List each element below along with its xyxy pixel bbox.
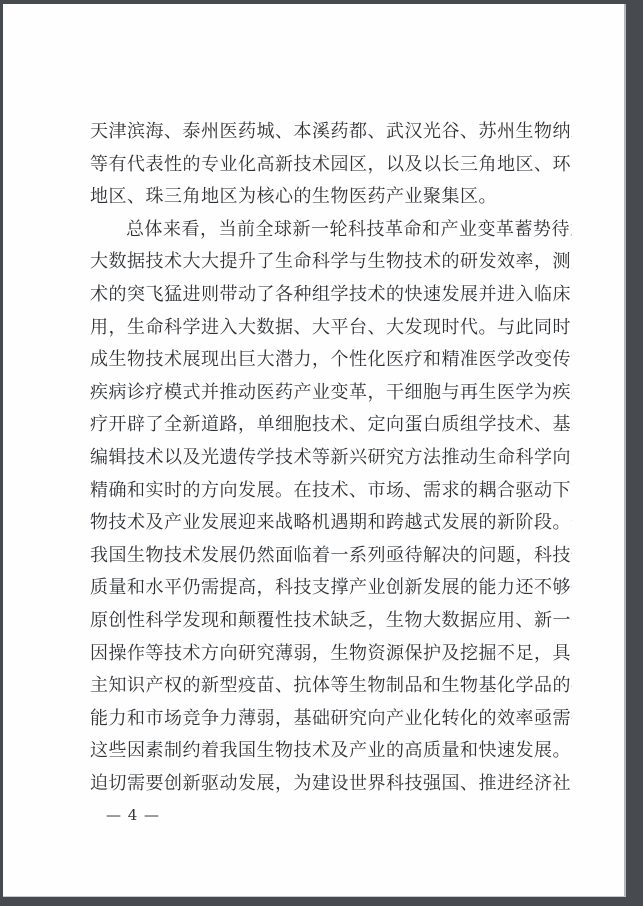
text-line: 用，生命科学进入大数据、大平台、大发现时代。与此同时，合	[90, 312, 572, 345]
text-line: 等有代表性的专业化高新技术园区，以及以长三角地区、环渤海	[90, 149, 572, 182]
text-line: 大数据技术大大提升了生命科学与生物技术的研发效率，测序技	[90, 246, 572, 279]
text-line: 物技术及产业发展迎来战略机遇期和跨越式发展的新阶段。然而	[90, 507, 572, 540]
text-line: 主知识产权的新型疫苗、抗体等生物制品和生物基化学品的研发	[90, 670, 572, 703]
text-line: 术的突飞猛进则带动了各种组学技术的快速发展并进入临床应	[90, 279, 572, 312]
text-line: 疗开辟了全新道路，单细胞技术、定向蛋白质组学技术、基因组	[90, 409, 572, 442]
text-line: 质量和水平仍需提高，科技支撑产业创新发展的能力还不够强，	[90, 572, 572, 605]
document-page: 天津滨海、泰州医药城、本溪药都、武汉光谷、苏州生物纳米园 等有代表性的专业化高新…	[3, 4, 626, 897]
text-line: 疾病诊疗模式并推动医药产业变革，干细胞与再生医学为疾病治	[90, 377, 572, 410]
text-line: 迫切需要创新驱动发展，为建设世界科技强国、推进经济社会可	[90, 768, 572, 801]
text-line: 因操作等技术方向研究薄弱，生物资源保护及挖掘不足，具有自	[90, 638, 572, 671]
text-line: 成生物技术展现出巨大潜力，个性化医疗和精准医学改变传统的	[90, 344, 572, 377]
text-line: 我国生物技术发展仍然面临着一系列亟待解决的问题，科技创新	[90, 540, 572, 573]
text-line: 能力和市场竞争力薄弱，基础研究向产业化转化的效率亟需提高，	[90, 703, 572, 736]
text-line: 这些因素制约着我国生物技术及产业的高质量和快速发展。因此，	[90, 735, 572, 768]
page-number: — 4 —	[93, 804, 173, 826]
text-line: 原创性科学发现和颠覆性技术缺乏，生物大数据应用、新一代基	[90, 605, 572, 638]
text-line: 总体来看，当前全球新一轮科技革命和产业变革蓄势待发，	[90, 214, 572, 247]
body-text: 天津滨海、泰州医药城、本溪药都、武汉光谷、苏州生物纳米园 等有代表性的专业化高新…	[90, 116, 572, 800]
text-line: 精确和实时的方向发展。在技术、市场、需求的耦合驱动下，生	[90, 475, 572, 508]
text-line: 编辑技术以及光遗传学技术等新兴研究方法推动生命科学向更加	[90, 442, 572, 475]
text-line: 地区、珠三角地区为核心的生物医药产业聚集区。	[90, 181, 572, 214]
text-line: 天津滨海、泰州医药城、本溪药都、武汉光谷、苏州生物纳米园	[90, 116, 572, 149]
